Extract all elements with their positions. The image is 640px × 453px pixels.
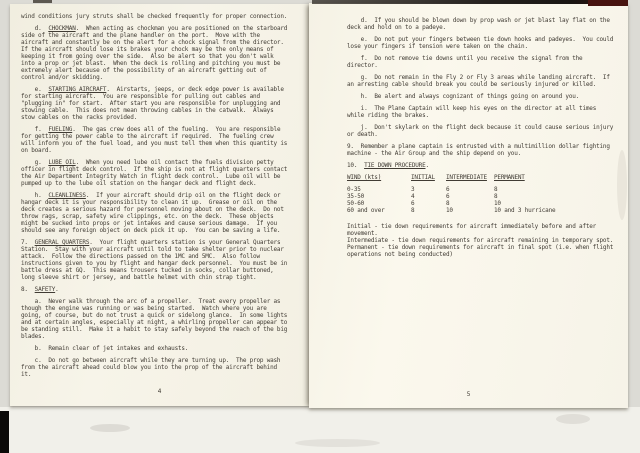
para-e-fingers: e. Do not put your fingers between tie d… <box>347 36 616 50</box>
section-heading: CHOCKMAN <box>48 25 75 32</box>
paragraph-text: The Plane Captain will keep his eyes on … <box>347 105 600 119</box>
item-label: e. <box>21 86 48 93</box>
col-header-permanent: PERMANENT <box>494 174 525 181</box>
section-10-tie-down-procedure: 10. TIE DOWN PROCEDURE. <box>347 162 616 169</box>
red-binding-mark <box>588 0 628 6</box>
scan-corner-black-bar <box>0 411 9 453</box>
paragraph-text: Be alert and always cognizant of things … <box>374 93 579 100</box>
scan-smudge <box>556 414 590 424</box>
paragraph-text: If you should be blown down by prop wash… <box>347 17 613 31</box>
table-row: 60 and over 8 10 10 and 3 hurricane <box>347 207 616 214</box>
item-label: a. <box>21 298 48 305</box>
para-f-fueling: f. FUELING. The gas crew does all of the… <box>21 126 289 154</box>
section-heading: CLEANLINESS <box>48 192 86 199</box>
section-heading: SAFETY <box>35 286 55 293</box>
paragraph-text: . If your aircraft should drip oil on th… <box>21 192 287 234</box>
cell-intermediate: 8 <box>446 200 449 207</box>
page-4: wind conditions jury struts shall be che… <box>10 4 309 406</box>
para-g-lube-oil: g. LUBE OIL. When you need lube oil cont… <box>21 159 289 187</box>
para-h-alert: h. Be alert and always cognizant of thin… <box>347 93 616 100</box>
paragraph-text: . <box>425 162 428 169</box>
paragraph-text: Never walk through the arc of a propelle… <box>21 298 291 340</box>
scan-smudge <box>295 439 380 447</box>
item-label: h. <box>347 93 374 100</box>
para-d-chockman: d. CHOCKMAN. When acting as chockman you… <box>21 25 289 81</box>
item-label: 10. <box>347 162 364 169</box>
paragraph-text: . <box>55 286 58 293</box>
item-label: b. <box>21 345 48 352</box>
section-8-safety: 8. SAFETY. <box>21 286 289 293</box>
tie-down-table: WIND (kts) INITIAL INTERMEDIATE PERMANEN… <box>347 174 616 214</box>
cell-wind: 0-35 <box>347 186 361 193</box>
para-a-propeller: a. Never walk through the arc of a prope… <box>21 298 289 340</box>
paragraph-text: Don't skylark on the flight deck because… <box>347 124 617 138</box>
cell-permanent: 10 and 3 hurricane <box>494 207 555 214</box>
item-label: d. <box>21 25 48 32</box>
para-f-tie-downs: f. Do not remove tie downs until you rec… <box>347 55 616 69</box>
def-permanent: Permanent - tie down requirements for ai… <box>347 244 616 258</box>
scanned-document: wind conditions jury struts shall be che… <box>0 0 640 453</box>
para-continuation: wind conditions jury struts shall be che… <box>21 13 289 20</box>
cell-intermediate: 6 <box>446 186 449 193</box>
item-label: f. <box>21 126 48 133</box>
para-e-starting-aircraft: e. STARTING AIRCRAFT. Airstarts, jeeps, … <box>21 86 289 121</box>
item-label: 8. <box>21 286 35 293</box>
paragraph-text: Do not remove tie downs until you receiv… <box>347 55 586 69</box>
item-label: 9. <box>347 143 361 150</box>
item-label: d. <box>347 17 374 24</box>
paragraph-text: Remain clear of jet intakes and exhausts… <box>48 345 188 352</box>
section-heading: GENERAL QUARTERS <box>35 239 90 246</box>
cell-initial: 3 <box>411 186 414 193</box>
table-header-row: WIND (kts) INITIAL INTERMEDIATE PERMANEN… <box>347 174 616 181</box>
scan-smudge <box>617 150 627 220</box>
item-label: g. <box>21 159 48 166</box>
page-number-4: 4 <box>10 388 309 395</box>
table-row: 0-35 3 6 8 <box>347 186 616 193</box>
table-row: 35-50 4 6 8 <box>347 193 616 200</box>
para-b-jet-intakes: b. Remain clear of jet intakes and exhau… <box>21 345 289 352</box>
cell-permanent: 8 <box>494 193 497 200</box>
para-c-between-aircraft: c. Do not go between aircraft while they… <box>21 357 289 378</box>
top-left-mark <box>33 0 52 3</box>
col-header-wind: WIND (kts) <box>347 174 381 181</box>
para-d-prop-wash: d. If you should be blown down by prop w… <box>347 17 616 31</box>
section-9-reminder: 9. Remember a plane captain is entrusted… <box>347 143 616 157</box>
scan-edge-top-strip <box>312 0 628 4</box>
cell-permanent: 10 <box>494 200 501 207</box>
paragraph-text: Do not go between aircraft while they ar… <box>21 357 284 378</box>
para-h-cleanliness: h. CLEANLINESS. If your aircraft should … <box>21 192 289 234</box>
item-label: g. <box>347 74 374 81</box>
para-i-plane-captain-eyes: i. The Plane Captain will keep his eyes … <box>347 105 616 119</box>
scan-smudge <box>90 424 130 432</box>
item-label: 7. <box>21 239 35 246</box>
cell-wind: 60 and over <box>347 207 385 214</box>
section-heading: LUBE OIL <box>48 159 75 166</box>
item-label: e. <box>347 36 374 43</box>
cell-initial: 4 <box>411 193 414 200</box>
page-5: d. If you should be blown down by prop w… <box>309 3 628 408</box>
paragraph-text: . When acting as chockman you are positi… <box>21 25 291 81</box>
cell-wind: 35-50 <box>347 193 364 200</box>
cell-wind: 50-60 <box>347 200 364 207</box>
section-heading: TIE DOWN PROCEDURE <box>364 162 425 169</box>
cell-permanent: 8 <box>494 186 497 193</box>
table-row: 50-60 6 8 10 <box>347 200 616 207</box>
item-label: i. <box>347 105 374 112</box>
def-initial: Initial - tie down requirements for airc… <box>347 223 616 237</box>
cell-intermediate: 10 <box>446 207 453 214</box>
paragraph-text: wind conditions jury struts shall be che… <box>21 13 287 20</box>
para-g-fly-areas: g. Do not remain in the Fly 2 or Fly 3 a… <box>347 74 616 88</box>
def-intermediate: Intermediate - tie down requirements for… <box>347 237 616 244</box>
cell-initial: 8 <box>411 207 414 214</box>
page-number-5: 5 <box>309 391 628 398</box>
item-label: j. <box>347 124 374 131</box>
para-j-skylark: j. Don't skylark on the flight deck beca… <box>347 124 616 138</box>
section-heading: STARTING AIRCRAFT <box>48 86 106 93</box>
tie-down-definitions: Initial - tie down requirements for airc… <box>347 223 616 258</box>
paragraph-text: Do not remain in the Fly 2 or Fly 3 area… <box>347 74 613 88</box>
paragraph-text: Do not put your fingers between tie down… <box>347 36 617 50</box>
paragraph-text: Remember a plane captain is entrusted wi… <box>347 143 613 157</box>
section-heading: FUELING <box>48 126 72 133</box>
section-7-general-quarters: 7. GENERAL QUARTERS. Your flight quarter… <box>21 239 289 281</box>
item-label: c. <box>21 357 48 364</box>
cell-intermediate: 6 <box>446 193 449 200</box>
item-label: h. <box>21 192 48 199</box>
col-header-intermediate: INTERMEDIATE <box>446 174 487 181</box>
item-label: f. <box>347 55 374 62</box>
paragraph-text: . Your flight quarters station is your G… <box>21 239 291 281</box>
cell-initial: 6 <box>411 200 414 207</box>
col-header-initial: INITIAL <box>411 174 435 181</box>
